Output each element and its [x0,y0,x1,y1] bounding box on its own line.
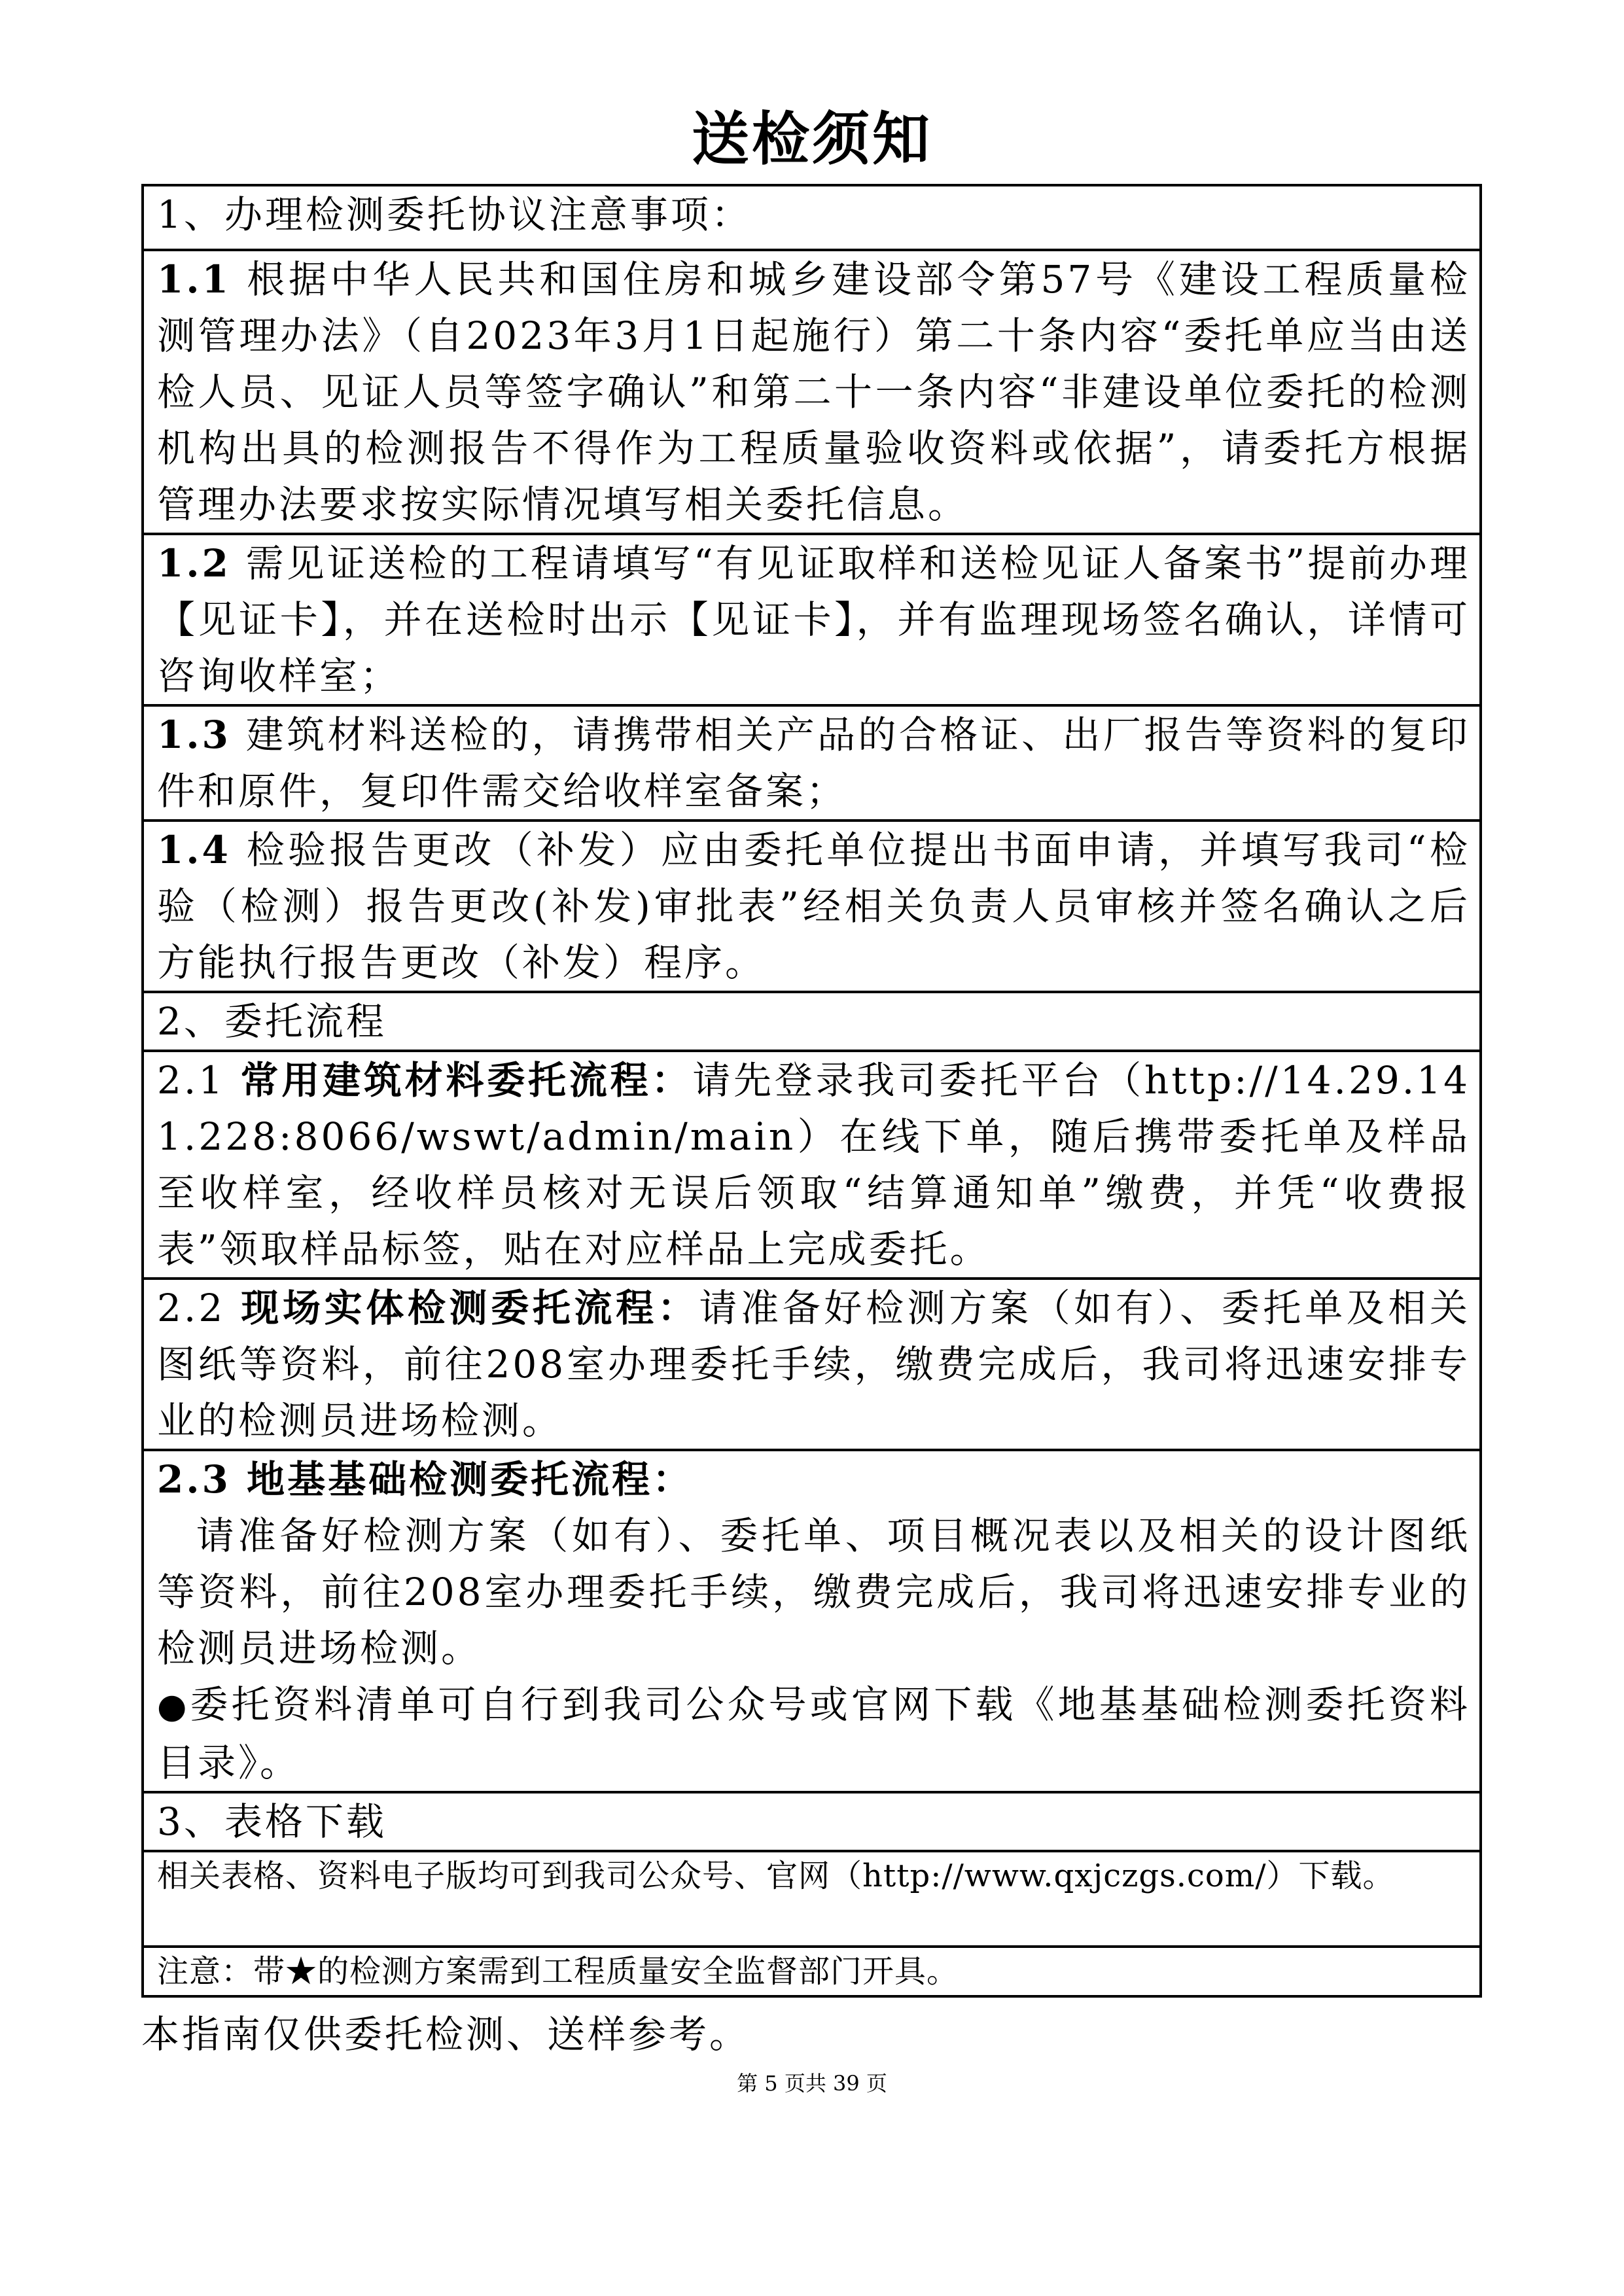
item-number: 1.1 [157,257,231,302]
item-1-4: 1.4 检验报告更改（补发）应由委托单位提出书面申请，并填写我司“检验（检测）报… [143,821,1481,992]
notice-table: 1、办理检测委托协议注意事项： 1.1 根据中华人民共和国住房和城乡建设部令第5… [141,184,1482,1998]
table-row: 1.3 建筑材料送检的，请携带相关产品的合格证、出厂报告等资料的复印件和原件，复… [143,705,1481,821]
item-text: 需见证送检的工程请填写“有见证取样和送检见证人备案书”提前办理【见证卡】，并在送… [157,541,1470,698]
table-row: 2、委托流程 [143,992,1481,1051]
table-row: 注意：带★的检测方案需到工程质量安全监督部门开具。 [143,1947,1481,1996]
item-title: 地基基础检测委托流程： [247,1457,693,1502]
item-number: 1.3 [157,713,231,757]
table-row: 3、表格下载 [143,1792,1481,1851]
table-row: 2.2 现场实体检测委托流程：请准备好检测方案（如有）、委托单及相关图纸等资料，… [143,1279,1481,1450]
document-title: 送检须知 [0,103,1624,175]
item-text: 建筑材料送检的，请携带相关产品的合格证、出厂报告等资料的复印件和原件，复印件需交… [157,713,1470,813]
item-1-1: 1.1 根据中华人民共和国住房和城乡建设部令第57号《建设工程质量检测管理办法》… [143,250,1481,534]
item-2-3: 2.3 地基基础检测委托流程：请准备好检测方案（如有）、委托单、项目概况表以及相… [143,1450,1481,1792]
item-1-3: 1.3 建筑材料送检的，请携带相关产品的合格证、出厂报告等资料的复印件和原件，复… [143,705,1481,821]
item-number: 2.2 [157,1286,225,1330]
table-row: 1.1 根据中华人民共和国住房和城乡建设部令第57号《建设工程质量检测管理办法》… [143,250,1481,534]
item-2-2: 2.2 现场实体检测委托流程：请准备好检测方案（如有）、委托单及相关图纸等资料，… [143,1279,1481,1450]
table-row: 1.2 需见证送检的工程请填写“有见证取样和送检见证人备案书”提前办理【见证卡】… [143,534,1481,705]
page-number: 第 5 页共 39 页 [0,2068,1624,2099]
item-title: 常用建筑材料委托流程： [240,1058,692,1103]
item-1-2: 1.2 需见证送检的工程请填写“有见证取样和送检见证人备案书”提前办理【见证卡】… [143,534,1481,705]
item-2-1: 2.1 常用建筑材料委托流程：请先登录我司委托平台（http://14.29.1… [143,1051,1481,1279]
item-text: 根据中华人民共和国住房和城乡建设部令第57号《建设工程质量检测管理办法》（自20… [157,257,1470,527]
section-1-heading: 1、办理检测委托协议注意事项： [143,185,1481,250]
item-text: 请准备好检测方案（如有）、委托单、项目概况表以及相关的设计图纸等资料，前往208… [157,1513,1470,1670]
table-row: 1、办理检测委托协议注意事项： [143,185,1481,250]
table-row: 1.4 检验报告更改（补发）应由委托单位提出书面申请，并填写我司“检验（检测）报… [143,821,1481,992]
table-row: 2.1 常用建筑材料委托流程：请先登录我司委托平台（http://14.29.1… [143,1051,1481,1279]
star-note: 注意：带★的检测方案需到工程质量安全监督部门开具。 [143,1947,1481,1996]
item-number: 2.1 [157,1058,225,1103]
item-number: 2.3 [157,1457,231,1502]
item-number: 1.4 [157,828,231,872]
item-title: 现场实体检测委托流程： [241,1286,699,1330]
item-number: 1.2 [157,541,231,586]
table-row: 2.3 地基基础检测委托流程：请准备好检测方案（如有）、委托单、项目概况表以及相… [143,1450,1481,1792]
download-info: 相关表格、资料电子版均可到我司公众号、官网（http://www.qxjczgs… [143,1851,1481,1947]
item-text: 检验报告更改（补发）应由委托单位提出书面申请，并填写我司“检验（检测）报告更改(… [157,828,1470,985]
bullet-icon: ● [157,1687,190,1726]
disclaimer: 本指南仅供委托检测、送样参考。 [141,2006,750,2062]
section-3-heading: 3、表格下载 [143,1792,1481,1851]
table-row: 相关表格、资料电子版均可到我司公众号、官网（http://www.qxjczgs… [143,1851,1481,1947]
section-2-heading: 2、委托流程 [143,992,1481,1051]
bullet-text: 委托资料清单可自行到我司公众号或官网下载《地基基础检测委托资料目录》。 [157,1682,1470,1785]
